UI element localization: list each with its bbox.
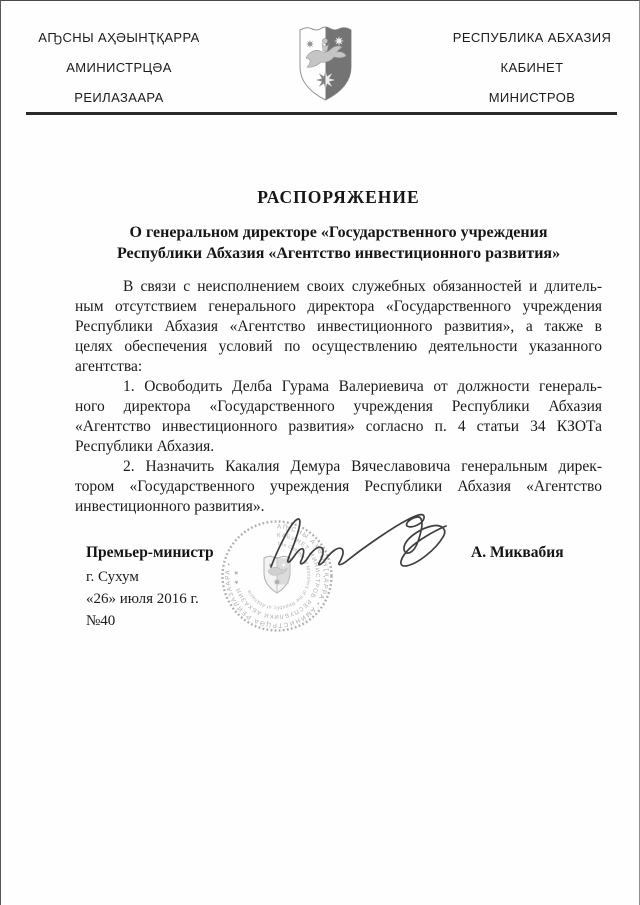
signature-date: «26» июля 2016 г.: [86, 591, 199, 608]
paragraph-line: ным отсутствием генерального директора «…: [75, 297, 602, 317]
document-page: АҦСНЫ АҲӘЫНҬҚАРРА АМИНИСТРЦӘА РЕИЛАЗААРА…: [0, 0, 640, 905]
item1-line: Республики Абхазия.: [75, 437, 602, 457]
item2-line: тором «Государственного учреждения Респу…: [75, 477, 602, 497]
paragraph-line: В связи с неисполнением своих служебных …: [75, 277, 602, 297]
letterhead-russian: РЕСПУБЛИКА АБХАЗИЯ КАБИНЕТ МИНИСТРОВ: [441, 23, 623, 113]
paragraph-line: агентства:: [75, 357, 602, 377]
signature-number: №40: [86, 613, 115, 630]
letterhead-russian-line2: КАБИНЕТ: [441, 53, 623, 83]
coat-of-arms-icon: [297, 25, 354, 103]
document-title: РАСПОРЯЖЕНИЕ: [75, 187, 602, 208]
signer-post: Премьер-министр: [86, 544, 214, 562]
paragraph-line: целях обеспечения условий по осуществлен…: [75, 337, 602, 357]
signature-city: г. Сухум: [86, 569, 139, 586]
handwritten-signature: [241, 499, 471, 589]
item2-line: 2. Назначить Какалия Демура Вячеславович…: [75, 457, 602, 477]
letterhead-abkhaz-line3: РЕИЛАЗААРА: [28, 83, 210, 113]
letterhead-abkhaz: АҦСНЫ АҲӘЫНҬҚАРРА АМИНИСТРЦӘА РЕИЛАЗААРА: [28, 23, 210, 113]
document-subtitle: О генеральном директоре «Государственног…: [75, 222, 602, 264]
letterhead-abkhaz-line2: АМИНИСТРЦӘА: [28, 53, 210, 83]
letterhead-divider: [26, 112, 617, 115]
letterhead-russian-line3: МИНИСТРОВ: [441, 83, 623, 113]
subtitle-line1: О генеральном директоре «Государственног…: [75, 222, 602, 243]
subtitle-line2: Республики Абхазия «Агентство инвестицио…: [75, 243, 602, 264]
letterhead-abkhaz-line1: АҦСНЫ АҲӘЫНҬҚАРРА: [28, 23, 210, 53]
item1-line: ного директора «Государственного учрежде…: [75, 397, 602, 417]
letterhead-russian-line1: РЕСПУБЛИКА АБХАЗИЯ: [441, 23, 623, 53]
document-body: В связи с неисполнением своих служебных …: [75, 277, 602, 517]
signer-name: А. Миквабия: [471, 544, 564, 562]
item1-line: 1. Освободить Делба Гурама Валериевича о…: [75, 377, 602, 397]
item1-line: «Агентство инвестиционного развития» сог…: [75, 417, 602, 437]
paragraph-line: Республики Абхазия «Агентство инвестицио…: [75, 317, 602, 337]
